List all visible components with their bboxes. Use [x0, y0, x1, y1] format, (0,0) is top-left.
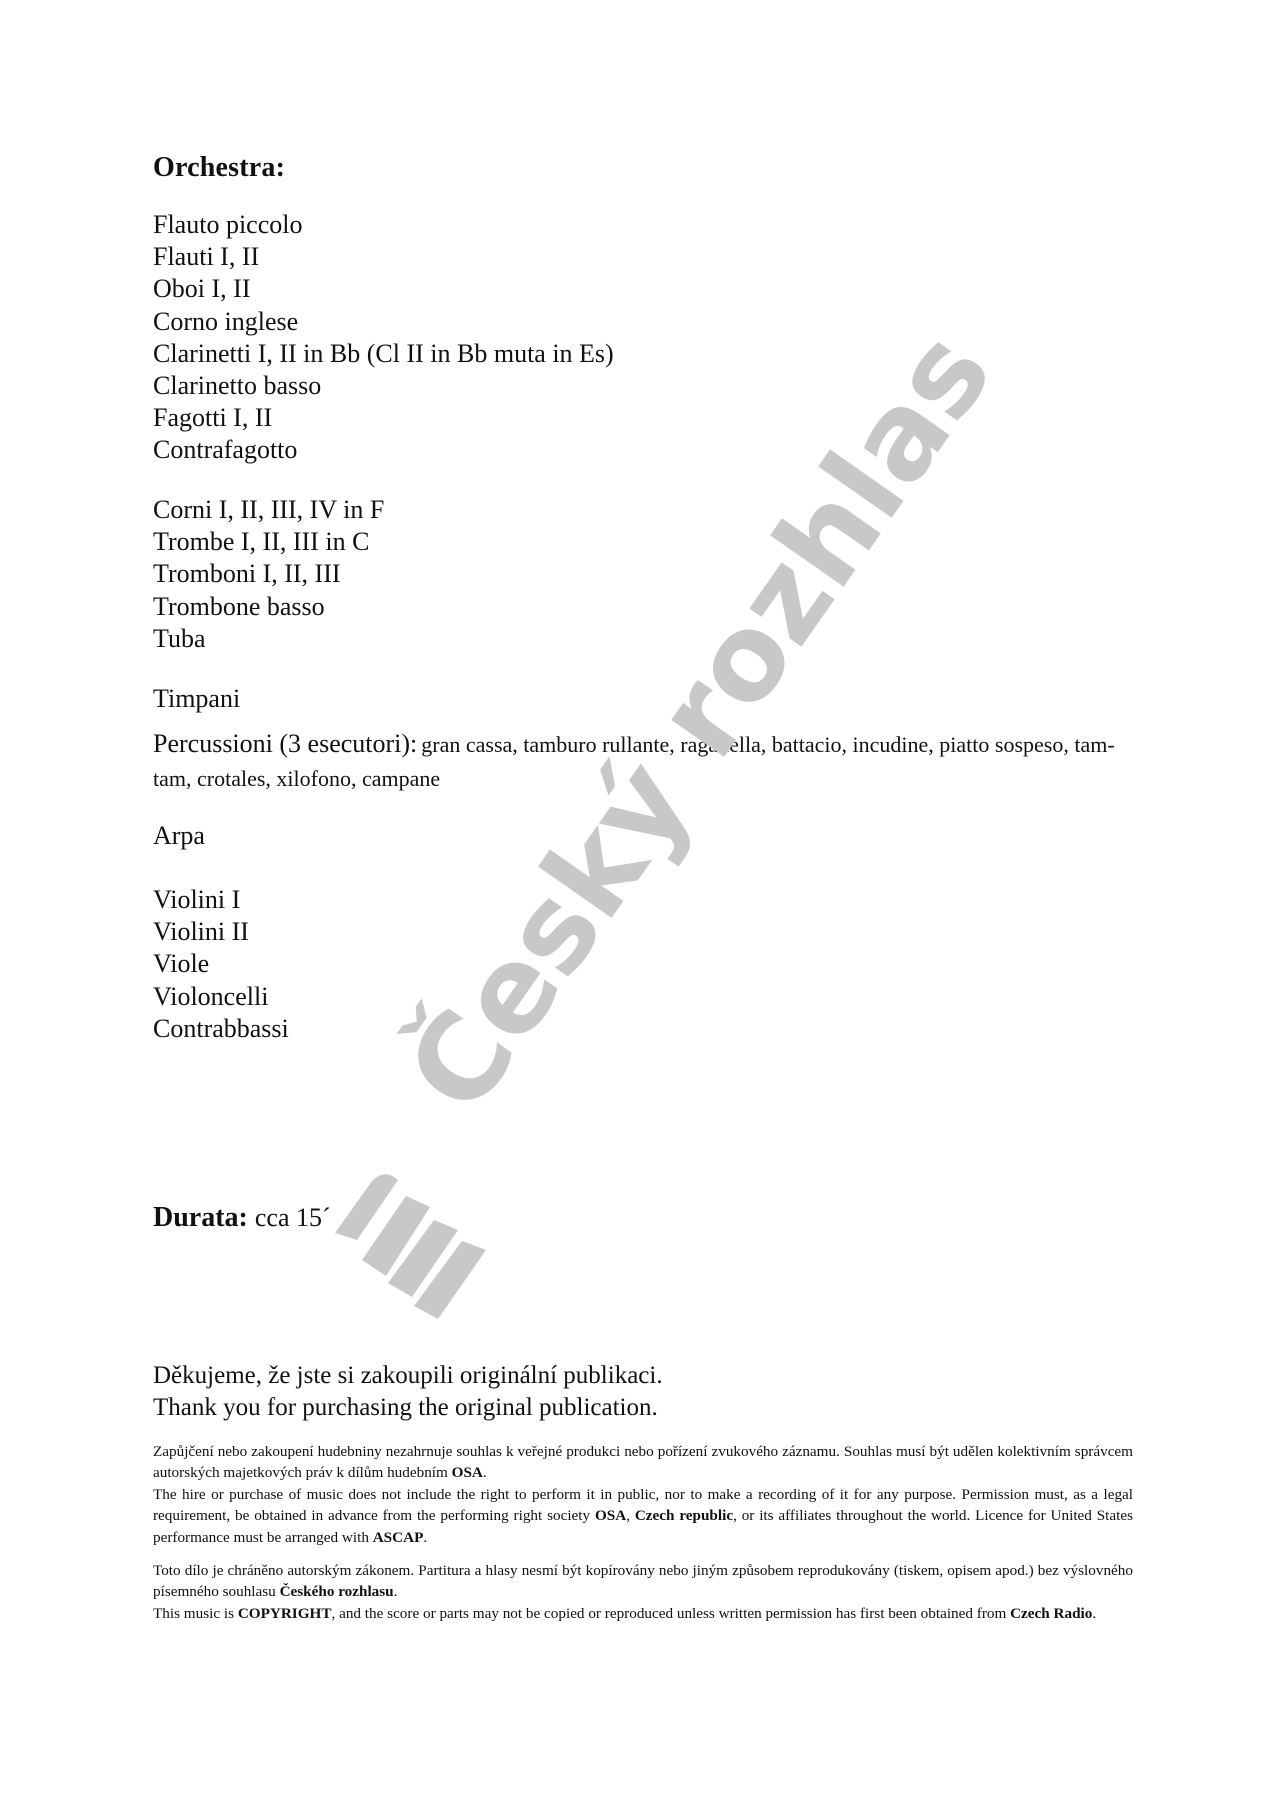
instrument-item: Corni I, II, III, IV in F: [153, 494, 384, 526]
instrument-item: Clarinetto basso: [153, 370, 614, 402]
cesky-rozhlas-logo-icon: [335, 1174, 486, 1319]
document-page: Orchestra: Flauto piccolo Flauti I, II O…: [0, 0, 1280, 1812]
instrument-item: Violoncelli: [153, 981, 289, 1013]
strings-list: Violini I Violini II Viole Violoncelli C…: [153, 884, 289, 1045]
instrument-item: Fagotti I, II: [153, 402, 614, 434]
instrument-item: Violini II: [153, 916, 289, 948]
legal-paragraph-en-performance: The hire or purchase of music does not i…: [153, 1484, 1133, 1548]
legal-paragraph-cz-performance: Zapůjčení nebo zakoupení hudebniny nezah…: [153, 1441, 1133, 1484]
duration-value: cca 15´: [255, 1203, 331, 1232]
legal-paragraph-cz-copyright: Toto dílo je chráněno autorským zákonem.…: [153, 1560, 1133, 1603]
thanks-note: Děkujeme, že jste si zakoupili origináln…: [153, 1360, 663, 1424]
legal-paragraph-en-copyright: This music is COPYRIGHT, and the score o…: [153, 1603, 1133, 1624]
harp-item: Arpa: [153, 820, 205, 852]
instrument-item: Clarinetti I, II in Bb (Cl II in Bb muta…: [153, 338, 614, 370]
percussion-lead: Percussioni (3 esecutori):: [153, 729, 417, 758]
instrument-item: Viole: [153, 948, 289, 980]
duration-label: Durata:: [153, 1202, 248, 1233]
instrument-item: Flauto piccolo: [153, 209, 614, 241]
thanks-en: Thank you for purchasing the original pu…: [153, 1392, 663, 1424]
instrument-item: Contrafagotto: [153, 434, 614, 466]
instrument-item: Oboi I, II: [153, 273, 614, 305]
legal-notice: Zapůjčení nebo zakoupení hudebniny nezah…: [153, 1441, 1133, 1624]
instrument-item: Trombe I, II, III in C: [153, 526, 384, 558]
instrument-item: Contrabbassi: [153, 1013, 289, 1045]
instrument-item: Corno inglese: [153, 306, 614, 338]
instrument-item: Trombone basso: [153, 591, 384, 623]
instrument-item: Flauti I, II: [153, 241, 614, 273]
instrument-item: Tromboni I, II, III: [153, 558, 384, 590]
woodwinds-list: Flauto piccolo Flauti I, II Oboi I, II C…: [153, 209, 614, 467]
duration: Durata: cca 15´: [153, 1202, 331, 1234]
brass-list: Corni I, II, III, IV in F Trombe I, II, …: [153, 494, 384, 655]
instrument-item: Violini I: [153, 884, 289, 916]
instrument-item: Tuba: [153, 623, 384, 655]
percussion-item: Percussioni (3 esecutori): gran cassa, t…: [153, 728, 1133, 797]
orchestra-heading: Orchestra:: [153, 152, 285, 184]
thanks-cz: Děkujeme, že jste si zakoupili origináln…: [153, 1360, 663, 1392]
timpani-item: Timpani: [153, 683, 240, 715]
